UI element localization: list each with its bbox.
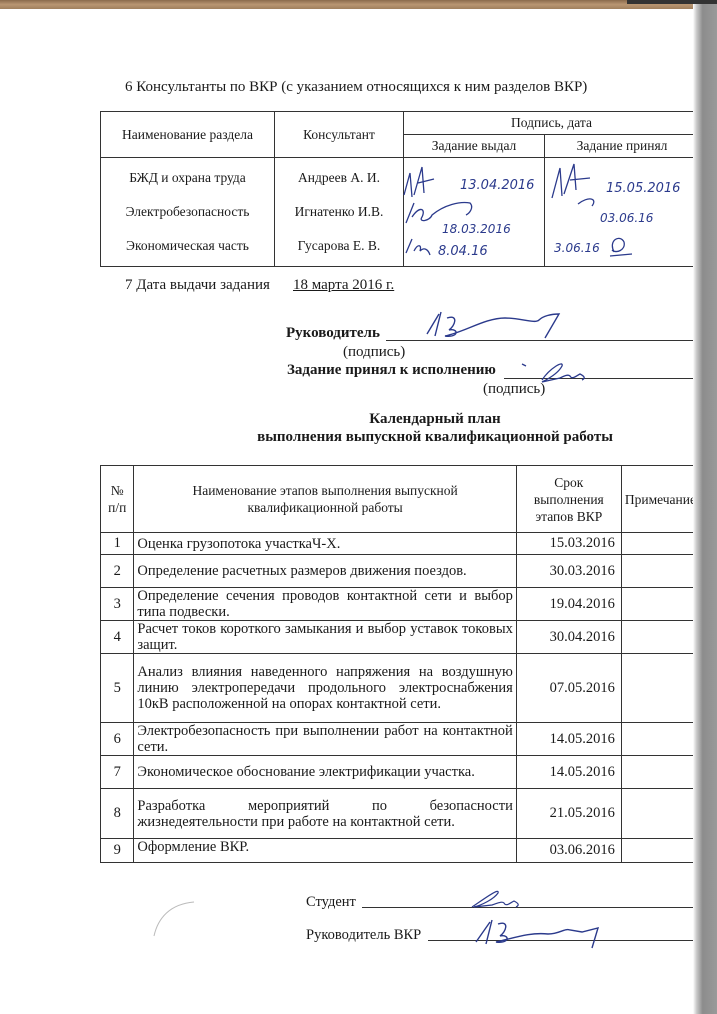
section-name: Электробезопасность (101, 201, 274, 222)
row-stage-name: Оформление ВКР. (134, 839, 516, 863)
section-name: БЖД и охрана труда (101, 167, 274, 188)
row-note (621, 756, 699, 789)
row-num: 6 (101, 723, 134, 756)
row-deadline: 14.05.2016 (516, 756, 621, 789)
row-note (621, 723, 699, 756)
svg-text:15.05.2016: 15.05.2016 (606, 181, 680, 196)
row-stage-name: Электробезопасность при выполнении работ… (134, 723, 516, 756)
row-stage-name: Анализ влияния наведенного напряжения на… (134, 654, 516, 723)
sections-cell: БЖД и охрана труда Электробезопасность Э… (101, 158, 275, 267)
svg-text:18.03.2016: 18.03.2016 (442, 222, 511, 236)
plan-title-line1: Календарный план (200, 410, 670, 428)
row-stage-name: Определение сечения проводов контактной … (134, 588, 516, 621)
handwritten-signature (425, 308, 575, 344)
plan-title-line2: выполнения выпускной квалификационной ра… (200, 428, 670, 446)
scan-artifact (150, 900, 200, 940)
issue-date-label: 7 Дата выдачи задания (125, 277, 270, 293)
row-note (621, 654, 699, 723)
handwritten-signature: 15.05.2016 03.06.16 3.06.16 (548, 160, 688, 265)
section6-title: 6 Консультанты по ВКР (с указанием относ… (125, 79, 587, 96)
header-accepted: Задание принял (545, 135, 700, 158)
row-stage-name: Определение расчетных размеров движения … (134, 555, 516, 588)
header-consultant: Консультант (275, 112, 404, 158)
table-row: 1 Оценка грузопотока участкаЧ-Х. 15.03.2… (101, 533, 700, 555)
signature-hint: (подпись) (343, 344, 405, 361)
supervisor-label: Руководитель (286, 325, 380, 342)
row-deadline: 30.03.2016 (516, 555, 621, 588)
table-row: 9 Оформление ВКР. 03.06.2016 (101, 839, 700, 863)
svg-text:8.04.16: 8.04.16 (438, 244, 488, 259)
consultant-name: Гусарова Е. В. (275, 235, 403, 256)
consultants-cell: Андреев А. И. Игнатенко И.В. Гусарова Е.… (275, 158, 404, 267)
row-deadline: 03.06.2016 (516, 839, 621, 863)
consultant-name: Андреев А. И. (275, 167, 403, 188)
header-signature-date: Подпись, дата (404, 112, 700, 135)
handwritten-signature (474, 916, 614, 950)
consultant-name: Игнатенко И.В. (275, 201, 403, 222)
table-row: 2 Определение расчетных размеров движени… (101, 555, 700, 588)
row-num: 9 (101, 839, 134, 863)
table-row: 6 Электробезопасность при выполнении раб… (101, 723, 700, 756)
header-section: Наименование раздела (101, 112, 275, 158)
row-stage-name: Разработка мероприятий по безопасности ж… (134, 789, 516, 839)
row-num: 4 (101, 621, 134, 654)
row-deadline: 21.05.2016 (516, 789, 621, 839)
student-label: Студент (306, 894, 356, 911)
row-deadline: 30.04.2016 (516, 621, 621, 654)
section-name: Экономическая часть (101, 235, 274, 256)
issue-date-value: 18 марта 2016 г. (293, 277, 394, 294)
header-issued: Задание выдал (404, 135, 545, 158)
row-num: 2 (101, 555, 134, 588)
row-deadline: 14.05.2016 (516, 723, 621, 756)
row-note (621, 621, 699, 654)
handwritten-signature: 13.04.2016 18.03.2016 8.04.16 (400, 165, 540, 265)
scan-right-shadow (693, 4, 717, 1014)
row-num: 7 (101, 756, 134, 789)
row-stage-name: Оценка грузопотока участкаЧ-Х. (134, 533, 516, 555)
issue-date-row: 7 Дата выдачи задания 18 марта 2016 г. (125, 277, 270, 294)
row-deadline: 19.04.2016 (516, 588, 621, 621)
row-num: 8 (101, 789, 134, 839)
header-stage-name: Наименование этапов выполнения выпускной… (134, 466, 516, 533)
svg-text:03.06.16: 03.06.16 (600, 211, 654, 225)
table-row: 4 Расчет токов короткого замыкания и выб… (101, 621, 700, 654)
table-row: 7 Экономическое обоснование электрификац… (101, 756, 700, 789)
row-note (621, 789, 699, 839)
row-deadline: 15.03.2016 (516, 533, 621, 555)
row-num: 3 (101, 588, 134, 621)
svg-text:3.06.16: 3.06.16 (554, 241, 600, 255)
table-row: 3 Определение сечения проводов контактно… (101, 588, 700, 621)
header-deadline: Срок выполнения этапов ВКР (516, 466, 621, 533)
row-num: 5 (101, 654, 134, 723)
table-row: 8 Разработка мероприятий по безопасности… (101, 789, 700, 839)
signature-hint: (подпись) (483, 381, 545, 398)
svg-text:13.04.2016: 13.04.2016 (460, 178, 534, 193)
row-deadline: 07.05.2016 (516, 654, 621, 723)
row-num: 1 (101, 533, 134, 555)
row-note (621, 588, 699, 621)
row-stage-name: Расчет токов короткого замыкания и выбор… (134, 621, 516, 654)
handwritten-signature (470, 885, 530, 911)
accepted-label: Задание принял к исполнению (287, 362, 496, 379)
row-note (621, 533, 699, 555)
scan-top-edge (0, 0, 717, 9)
supervisor-vkr-label: Руководитель ВКР (306, 927, 421, 944)
header-note: Примечание (621, 466, 699, 533)
table-row: 5 Анализ влияния наведенного напряжения … (101, 654, 700, 723)
row-note (621, 839, 699, 863)
row-note (621, 555, 699, 588)
row-stage-name: Экономическое обоснование электрификации… (134, 756, 516, 789)
header-num: № п/п (101, 466, 134, 533)
plan-title: Календарный план выполнения выпускной кв… (200, 410, 670, 446)
calendar-plan-table: № п/п Наименование этапов выполнения вып… (100, 465, 700, 863)
